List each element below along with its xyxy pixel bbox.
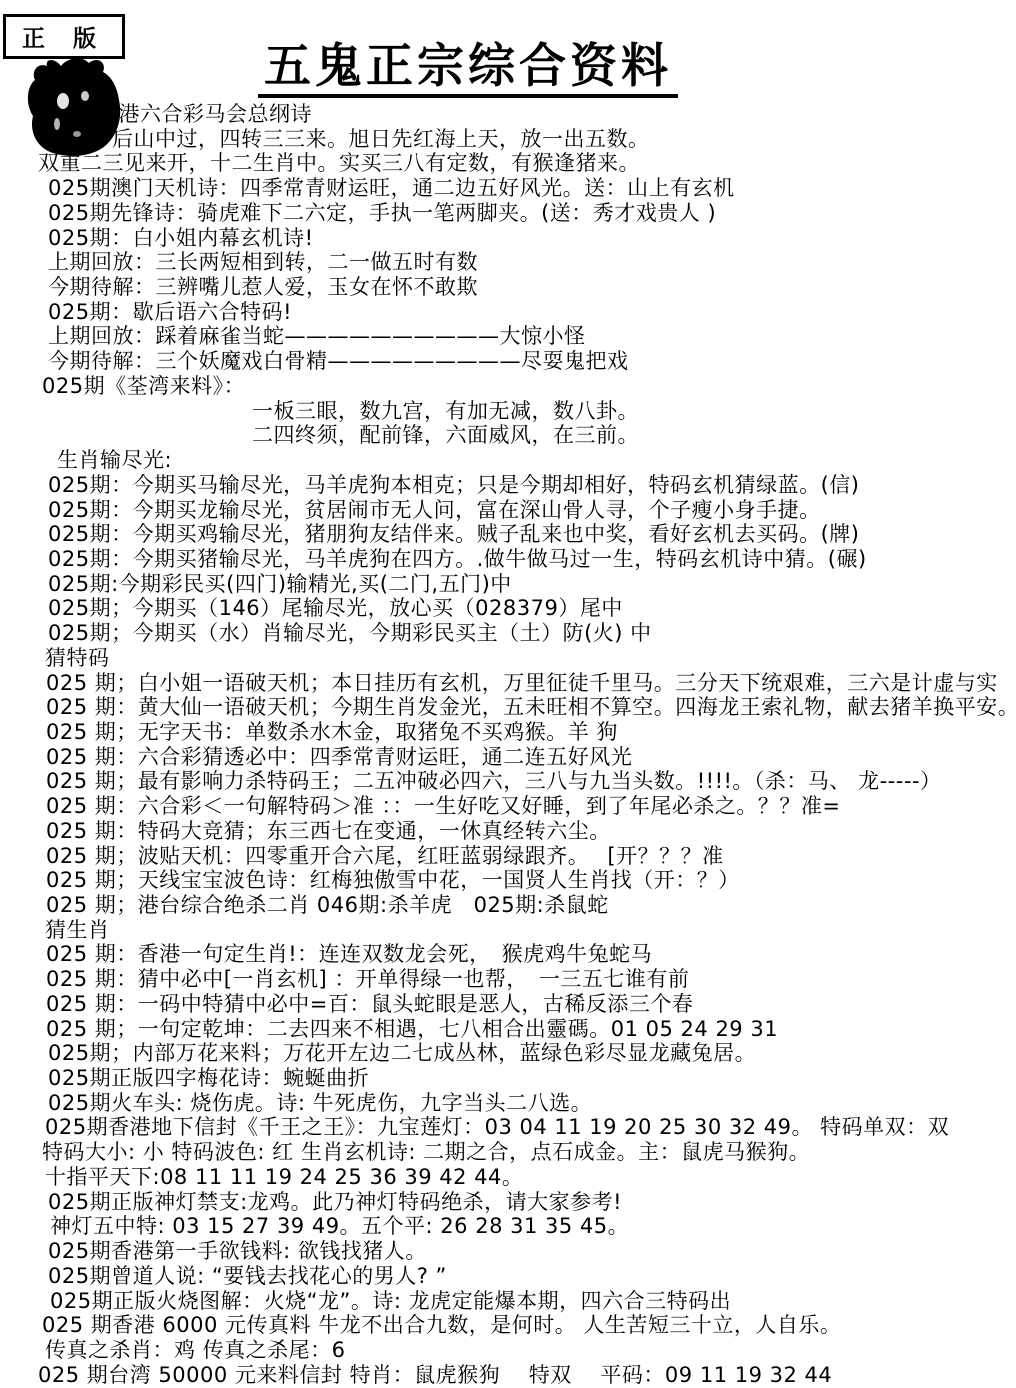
page-header: 五鬼正宗综合资料 xyxy=(0,42,1016,98)
text-line: 025期：今期买猪输尽光，马羊虎狗在四方。.做牛做马过一生，特码玄机诗中猜。(碾… xyxy=(0,547,1016,572)
text-line: 025 期台湾 50000 元来料信封 特肖：鼠虎猴狗 特双 平码：09 11 … xyxy=(0,1363,1016,1388)
text-line: 今期待解：三辨嘴儿惹人爱，玉女在怀不敢欺 xyxy=(0,275,1016,300)
text-line: 025期正版神灯禁支:龙鸡。此乃神灯特码绝杀，请大家参考! xyxy=(0,1190,1016,1215)
text-line: 香港六合彩马会总纲诗 xyxy=(0,102,1016,127)
text-line: 025期：今期买龙输尽光，贫居闹市无人问，富在深山骨人寻，个子瘦小身手捷。 xyxy=(0,498,1016,523)
text-line: 025期香港地下信封《千王之王》：九宝莲灯：03 04 11 19 20 25 … xyxy=(0,1115,1016,1140)
text-line: 生肖输尽光: xyxy=(0,448,1016,473)
text-line: 025 期：黄大仙一语破天机；今期生肖发金光，五未旺相不算空。四海龙王索礼物，献… xyxy=(0,695,1016,720)
text-line: 一板三眼，数九宫，有加无减，数八卦。 xyxy=(0,399,1016,424)
text-line: 025期；今期买（水）肖输尽光，今期彩民买主（土）防(火) 中 xyxy=(0,621,1016,646)
text-line: 传真之杀肖：鸡 传真之杀尾：6 xyxy=(0,1338,1016,1363)
text-line: 025期；今期买（146）尾输尽光，放心买（028379）尾中 xyxy=(0,596,1016,621)
text-line: 025期：今期买鸡输尽光，猪朋狗友结伴来。贼子乱来也中奖，看好玄机去买码。(牌) xyxy=(0,522,1016,547)
text-line: 025期正版四字梅花诗：蜿蜒曲折 xyxy=(0,1066,1016,1091)
text-line: 025 期；港台综合绝杀二肖 046期:杀羊虎 025期:杀鼠蛇 xyxy=(0,893,1016,918)
text-line: 025期澳门天机诗：四季常青财运旺，通二边五好风光。送：山上有玄机 xyxy=(0,176,1016,201)
text-line: 025期正版火烧图解：火烧“龙”。诗: 龙虎定能爆本期，四六合三特码出 xyxy=(0,1289,1016,1314)
text-line: 025期：今期买马输尽光，马羊虎狗本相克；只是今期却相好，特码玄机猜绿蓝。(信) xyxy=(0,473,1016,498)
text-line: 今期待解：三个妖魔戏白骨精—————————尽耍鬼把戏 xyxy=(0,349,1016,374)
text-line: 猜生肖 xyxy=(0,918,1016,943)
text-line: 上期回放：三长两短相到转，二一做五时有数 xyxy=(0,250,1016,275)
page-title: 五鬼正宗综合资料 xyxy=(258,42,678,98)
text-line: 025 期；最有影响力杀特码王；二五冲破必四六，三八与九当头数。!!!!。（杀：… xyxy=(0,769,1016,794)
text-line: 025 期；无字天书：单数杀水木金，取猪兔不买鸡猴。羊 狗 xyxy=(0,720,1016,745)
text-line: 十指平天下:08 11 11 19 24 25 36 39 42 44。 xyxy=(0,1165,1016,1190)
text-line: 025期：白小姐内幕玄机诗! xyxy=(0,226,1016,251)
text-line: 025 期：猜中必中[一肖玄机] ：开单得绿一也帮， 一三五七谁有前 xyxy=(0,967,1016,992)
text-line: 025 期；波贴天机：四零重开合六尾，红旺蓝弱绿跟齐。 [开？？？准 xyxy=(0,844,1016,869)
text-line: 二四终须，配前锋，六面威风，在三前。 xyxy=(0,423,1016,448)
lottery-info-sheet: 正 版 五鬼正宗综合资料 香港六合彩马会总纲诗后山中过，四转三三来。旭日先红海上… xyxy=(0,0,1016,1388)
text-line: 025 期；一句定乾坤：二去四来不相遇，七八相合出靈碼。01 05 24 29 … xyxy=(0,1017,1016,1042)
text-line: 025期火车头: 烧伤虎。诗: 牛死虎伤，九字当头二八选。 xyxy=(0,1091,1016,1116)
document-body: 香港六合彩马会总纲诗后山中过，四转三三来。旭日先红海上天，放一出五数。双重二三见… xyxy=(0,102,1016,1387)
text-line: 特码大小: 小 特码波色: 红 生肖玄机诗: 二期之合，点石成金。主：鼠虎马猴狗… xyxy=(0,1140,1016,1165)
text-line: 后山中过，四转三三来。旭日先红海上天，放一出五数。 xyxy=(0,127,1016,152)
text-line: 猜特码 xyxy=(0,646,1016,671)
text-line: 025期先锋诗：骑虎难下二六定，手执一笔两脚夹。(送：秀才戏贵人 ) xyxy=(0,201,1016,226)
text-line: 025 期：六合彩＜一句解特码＞准 ：：一生好吃又好睡，到了年尾必杀之。？？准= xyxy=(0,794,1016,819)
text-line: 025 期；白小姐一语破天机；本日挂历有玄机，万里征徒千里马。三分天下统艰难，三… xyxy=(0,671,1016,696)
text-line: 025 期；天线宝宝波色诗：红梅独傲雪中花，一国贤人生肖找（开：？） xyxy=(0,868,1016,893)
text-line: 025期曾道人说: “要钱去找花心的男人? ” xyxy=(0,1264,1016,1289)
text-line: 025 期香港 6000 元传真料 牛龙不出合九数，是何时。 人生苦短三十立，人… xyxy=(0,1313,1016,1338)
text-line: 上期回放：踩着麻雀当蛇——————————大惊小怪 xyxy=(0,324,1016,349)
text-line: 025期：歇后语六合特码! xyxy=(0,300,1016,325)
text-line: 025期；内部万花来料；万花开左边二七成丛林，蓝绿色彩尽显龙藏兔居。 xyxy=(0,1041,1016,1066)
text-line: 025 期：六合彩猜透必中：四季常青财运旺，通二连五好风光 xyxy=(0,745,1016,770)
text-line: 神灯五中特: 03 15 27 39 49。五个平: 26 28 31 35 4… xyxy=(0,1214,1016,1239)
text-line: 025期香港第一手欲钱料: 欲钱找猪人。 xyxy=(0,1239,1016,1264)
text-line: 双重二三见来开，十二生肖中。实买三八有定数，有猴逢猪来。 xyxy=(0,151,1016,176)
text-line: 025 期：香港一句定生肖!：连连双数龙会死， 猴虎鸡牛兔蛇马 xyxy=(0,942,1016,967)
text-line: 025期《荃湾来料》： xyxy=(0,374,1016,399)
text-line: 025期:今期彩民买(四门)输精光,买(二门,五门)中 xyxy=(0,572,1016,597)
text-line: 025 期：特码大竞猜；东三西七在变通，一休真经转六尘。 xyxy=(0,819,1016,844)
text-line: 025 期：一码中特猜中必中=百：鼠头蛇眼是恶人，古稀反添三个春 xyxy=(0,992,1016,1017)
